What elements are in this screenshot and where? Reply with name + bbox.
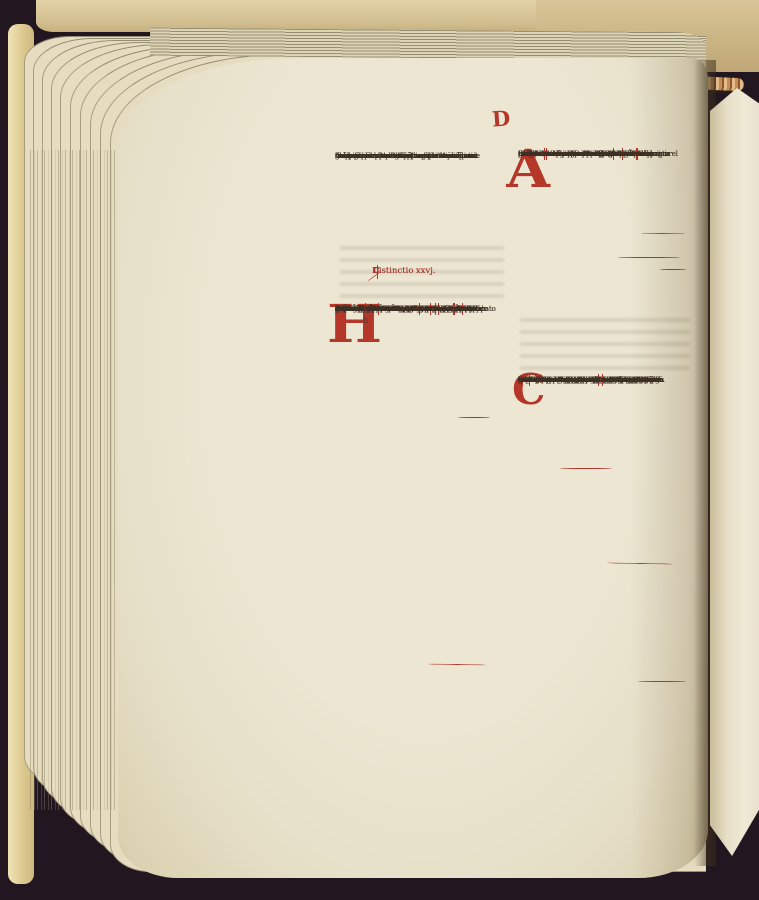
text-line: i eq̃uoci. Et sic patet que quesita sunt…: [335, 150, 462, 162]
open-book-photo: D illud qd queritur Utrū dicat libertas …: [0, 0, 759, 900]
text-line: CDistinctio xxvj.: [372, 266, 436, 278]
rubrication-stroke: [560, 468, 612, 469]
rubrication-stroke: [458, 417, 490, 418]
ink-showthrough: [520, 318, 690, 372]
rubrication-stroke: [638, 681, 686, 682]
guide-letter: b: [363, 316, 368, 325]
open-page: [118, 58, 708, 878]
quire-mark: D: [491, 105, 511, 131]
text-line: in littera.: [335, 303, 366, 315]
facing-page-edge: [710, 88, 759, 856]
rubrication-stroke: [660, 269, 686, 270]
text-line: pfectionis tm̃. aut etiam p modū motoris…: [518, 148, 654, 160]
top-edge-striations: [150, 28, 706, 61]
fore-edge-striations: [30, 150, 126, 810]
rubrication-stroke: [618, 257, 680, 258]
text-line: factam ex pte dei acceptantis. ergo hec …: [518, 374, 661, 386]
